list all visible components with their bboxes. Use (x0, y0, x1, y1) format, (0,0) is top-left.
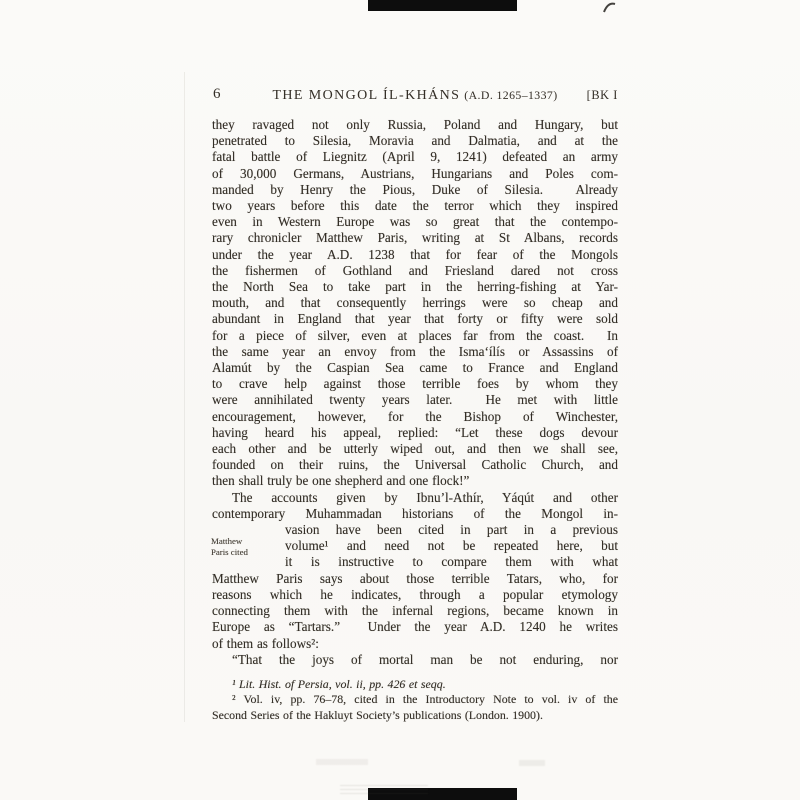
text-line: reasons which he indicates, through a po… (212, 587, 618, 603)
text-line: of 30,000 Germans, Austrians, Hungarians… (212, 166, 618, 182)
text-line: under the year A.D. 1238 that for fear o… (212, 247, 618, 263)
text-line: of them as follows²: (212, 636, 618, 652)
text-line: having heard his appeal, replied: “Let t… (212, 425, 618, 441)
text-line: then shall truly be one shepherd and one… (212, 473, 618, 489)
text-column: 6 THE MONGOL ÍL-KHÁNS (A.D. 1265–1337) [… (212, 86, 618, 723)
text-line: encouragement, however, for the Bishop o… (212, 409, 618, 425)
text-line: Europe as “Tartars.” Under the year A.D.… (212, 619, 618, 635)
running-title: THE MONGOL ÍL-KHÁNS (272, 88, 460, 103)
text-line: the North Sea to take part in the herrin… (212, 279, 618, 295)
text-line: even in Western Europe was so great that… (212, 214, 618, 230)
text-line: Alamút by the Caspian Sea came to France… (212, 360, 618, 376)
text-line: each other and be utterly wiped out, and… (212, 441, 618, 457)
text-line: rary chronicler Matthew Paris, writing a… (212, 230, 618, 246)
text-line: to crave help against those terrible foe… (212, 376, 618, 392)
ink-bleed-smudge (340, 785, 428, 796)
running-title-date-range: (A.D. 1265–1337) (464, 88, 557, 102)
text-line: the fishermen of Gothland and Friesland … (212, 263, 618, 279)
text-line: vasion have been cited in part in a prev… (285, 522, 618, 538)
ink-bleed-smudge (519, 760, 545, 766)
text-line: they ravaged not only Russia, Poland and… (212, 117, 618, 133)
text-line: the same year an envoy from the Isma‘ílí… (212, 344, 618, 360)
pen-mark-artifact (601, 0, 618, 18)
margin-note-line: Paris cited (211, 547, 275, 558)
text-line: manded by Henry the Pious, Duke of Siles… (212, 182, 618, 198)
margin-note-line: Matthew (211, 536, 275, 547)
running-header: 6 THE MONGOL ÍL-KHÁNS (A.D. 1265–1337) [… (212, 86, 618, 103)
text-line: contemporary Muhammadan historians of th… (212, 506, 618, 522)
footnote-line: ² Vol. iv, pp. 76–78, cited in the Intro… (212, 692, 618, 707)
text-line: it is instructive to compare them with w… (285, 554, 618, 570)
footnotes: ¹ Lit. Hist. of Persia, vol. ii, pp. 426… (212, 677, 618, 723)
text-line: volume¹ and need not be repeated here, b… (285, 538, 618, 554)
page-crease-line (184, 72, 185, 722)
top-scan-bar (368, 0, 517, 11)
ink-bleed-smudge (316, 759, 368, 765)
text-line: two years before this date the terror wh… (212, 198, 618, 214)
page-scan: 6 THE MONGOL ÍL-KHÁNS (A.D. 1265–1337) [… (0, 0, 800, 800)
text-line: for a piece of silver, even at places fa… (212, 328, 618, 344)
footnote-line: ¹ Lit. Hist. of Persia, vol. ii, pp. 426… (212, 677, 618, 692)
text-line: abundant in England that year that forty… (212, 311, 618, 327)
text-line: were annihilated twenty years later. He … (212, 392, 618, 408)
book-marker: [BK I (587, 88, 618, 103)
text-line: Matthew Paris says about those terrible … (212, 571, 618, 587)
text-line: mouth, and that consequently herrings we… (212, 295, 618, 311)
text-line: connecting them with the infernal region… (212, 603, 618, 619)
page-number: 6 (213, 86, 221, 103)
margin-note: Matthew Paris cited (211, 536, 275, 558)
text-line: penetrated to Silesia, Moravia and Dalma… (212, 133, 618, 149)
text-line: The accounts given by Ibnu’l-Athír, Yáqú… (212, 490, 618, 506)
text-line: “That the joys of mortal man be not endu… (212, 652, 618, 668)
text-line: founded on their ruins, the Universal Ca… (212, 457, 618, 473)
text-line: fatal battle of Liegnitz (April 9, 1241)… (212, 149, 618, 165)
body-text: they ravaged not only Russia, Poland and… (212, 117, 618, 668)
footnote-line: Second Series of the Hakluyt Society’s p… (212, 708, 618, 723)
